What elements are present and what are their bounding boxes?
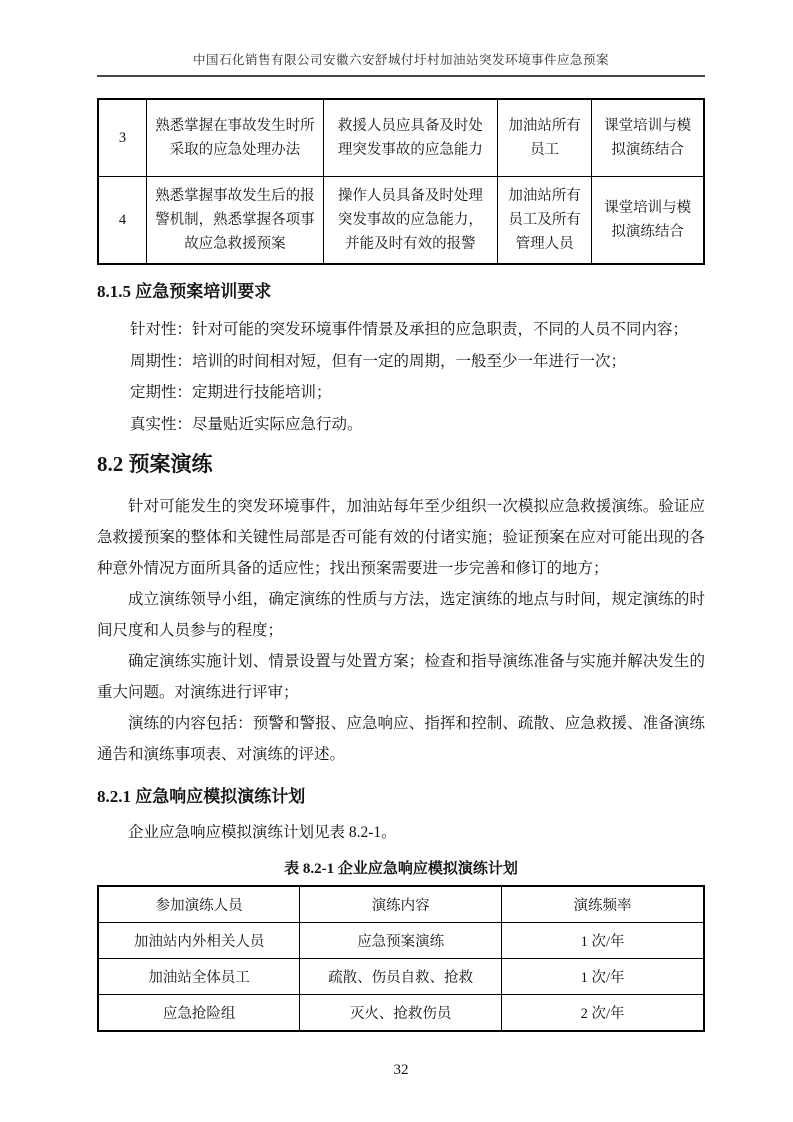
column-header-frequency: 演练频率 bbox=[502, 886, 704, 923]
table-cell-participants: 加油站内外相关人员 bbox=[98, 923, 300, 959]
table-row: 3 熟悉掌握在事故发生时所采取的应急处理办法 救援人员应具备及时处理突发事故的应… bbox=[98, 99, 704, 177]
table-header-row: 参加演练人员 演练内容 演练频率 bbox=[98, 886, 704, 923]
table-cell-training-content: 熟悉掌握事故发生后的报警机制，熟悉掌握各项事故应急救援预案 bbox=[146, 177, 323, 265]
training-requirement-item: 周期性：培训的时间相对短，但有一定的周期，一般至少一年进行一次； bbox=[97, 346, 705, 378]
table-reference-paragraph: 企业应急响应模拟演练计划见表 8.2-1。 bbox=[97, 819, 705, 847]
table-cell-frequency: 1 次/年 bbox=[502, 923, 704, 959]
table-cell-content: 应急预案演练 bbox=[300, 923, 502, 959]
training-requirement-item: 定期性：定期进行技能培训； bbox=[97, 377, 705, 409]
section-8-1-5-heading: 8.1.5 应急预案培训要求 bbox=[97, 277, 705, 302]
column-header-content: 演练内容 bbox=[300, 886, 502, 923]
table-cell-training-method: 课堂培训与模拟演练结合 bbox=[592, 177, 704, 265]
training-requirement-list: 针对性：针对可能的突发环境事件情景及承担的应急职责，不同的人员不同内容； 周期性… bbox=[97, 314, 705, 440]
table-cell-row-number: 3 bbox=[98, 99, 146, 177]
training-requirement-item: 针对性：针对可能的突发环境事件情景及承担的应急职责，不同的人员不同内容； bbox=[97, 314, 705, 346]
table-cell-training-method: 课堂培训与模拟演练结合 bbox=[592, 99, 704, 177]
table-row: 4 熟悉掌握事故发生后的报警机制，熟悉掌握各项事故应急救援预案 操作人员具备及时… bbox=[98, 177, 704, 265]
table-cell-frequency: 1 次/年 bbox=[502, 959, 704, 995]
section-8-2-heading: 8.2 预案演练 bbox=[97, 448, 705, 478]
paragraph: 成立演练领导小组，确定演练的性质与方法，选定演练的地点与时间，规定演练的时间尺度… bbox=[97, 584, 705, 646]
table-cell-content: 疏散、伤员自救、抢救 bbox=[300, 959, 502, 995]
page-number: 32 bbox=[97, 1062, 705, 1079]
table-cell-participants: 应急抢险组 bbox=[98, 995, 300, 1032]
page-header-title: 中国石化销售有限公司安徽六安舒城付圩村加油站突发环境事件应急预案 bbox=[97, 50, 705, 77]
table-cell-training-goal: 救援人员应具备及时处理突发事故的应急能力 bbox=[323, 99, 497, 177]
table-row: 应急抢险组 灭火、抢救伤员 2 次/年 bbox=[98, 995, 704, 1032]
table-cell-training-target: 加油站所有员工 bbox=[497, 99, 592, 177]
paragraph: 针对可能发生的突发环境事件，加油站每年至少组织一次模拟应急救援演练。验证应急救援… bbox=[97, 491, 705, 584]
table-cell-training-goal: 操作人员具备及时处理突发事故的应急能力，并能及时有效的报警 bbox=[323, 177, 497, 265]
paragraph: 演练的内容包括：预警和警报、应急响应、指挥和控制、疏散、应急救援、准备演练通告和… bbox=[97, 708, 705, 770]
table-cell-training-content: 熟悉掌握在事故发生时所采取的应急处理办法 bbox=[146, 99, 323, 177]
table-caption: 表 8.2-1 企业应急响应模拟演练计划 bbox=[97, 857, 705, 878]
table-cell-training-target: 加油站所有员工及所有管理人员 bbox=[497, 177, 592, 265]
drill-plan-table: 参加演练人员 演练内容 演练频率 加油站内外相关人员 应急预案演练 1 次/年 … bbox=[97, 885, 705, 1032]
table-cell-participants: 加油站全体员工 bbox=[98, 959, 300, 995]
section-8-2-1-heading: 8.2.1 应急响应模拟演练计划 bbox=[97, 782, 705, 807]
column-header-participants: 参加演练人员 bbox=[98, 886, 300, 923]
paragraph: 确定演练实施计划、情景设置与处置方案；检查和指导演练准备与实施并解决发生的重大问… bbox=[97, 646, 705, 708]
training-requirement-item: 真实性：尽量贴近实际应急行动。 bbox=[97, 409, 705, 441]
table-row: 加油站内外相关人员 应急预案演练 1 次/年 bbox=[98, 923, 704, 959]
table-row: 加油站全体员工 疏散、伤员自救、抢救 1 次/年 bbox=[98, 959, 704, 995]
table-cell-row-number: 4 bbox=[98, 177, 146, 265]
table-cell-frequency: 2 次/年 bbox=[502, 995, 704, 1032]
table-cell-content: 灭火、抢救伤员 bbox=[300, 995, 502, 1032]
training-plan-table: 3 熟悉掌握在事故发生时所采取的应急处理办法 救援人员应具备及时处理突发事故的应… bbox=[97, 98, 705, 265]
document-page: 中国石化销售有限公司安徽六安舒城付圩村加油站突发环境事件应急预案 3 熟悉掌握在… bbox=[0, 0, 793, 1122]
